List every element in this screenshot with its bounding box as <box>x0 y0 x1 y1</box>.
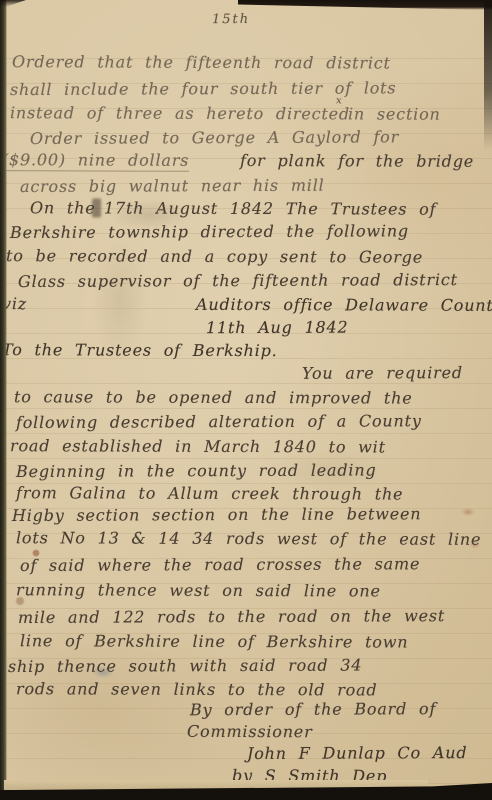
handwritten-text: to cause to be opened and improved the <box>14 387 413 407</box>
handwritten-text: You are required <box>302 363 463 383</box>
page-number: 15th <box>0 11 492 39</box>
manuscript-line: lots No 13 & 14 34 rods west of the east… <box>0 528 492 556</box>
handwritten-text: Higby section section on the line betwee… <box>12 504 421 525</box>
handwritten-text: running thence west on said line one <box>16 580 381 600</box>
handwritten-text: from Galina to Allum creek through the <box>16 483 403 503</box>
handwritten-text: Glass supervisor of the fifteenth road d… <box>18 270 458 291</box>
handwritten-text: mile and 122 rods to the road on the wes… <box>18 606 445 627</box>
margin-note-amount: ($9.00) nine dollarsfor plank for the br… <box>0 150 492 178</box>
manuscript-line: mile and 122 rods to the road on the wes… <box>0 606 492 634</box>
handwritten-text: road established in March 1840 to wit <box>10 436 386 456</box>
handwritten-text: lots No 13 & 14 34 rods west of the east… <box>16 528 481 549</box>
manuscript-line: shall include the four south tier of lot… <box>0 78 492 106</box>
handwritten-text: in section <box>348 104 441 123</box>
handwritten-text: ship thence south with said road 34 <box>8 655 362 676</box>
manuscript-line: following described alteration of a Coun… <box>0 411 492 439</box>
manuscript-line: of said where the road crosses the same <box>0 554 492 582</box>
handwritten-text: of said where the road crosses the same <box>20 554 420 575</box>
handwritten-text: Ordered that the fifteenth road district <box>12 52 391 72</box>
book-binding-left <box>0 0 7 800</box>
handwritten-text: Beginning in the county road leading <box>16 460 377 481</box>
manuscript-line: Berkshire township directed the followin… <box>0 221 492 249</box>
handwritten-text: 15th <box>212 12 250 27</box>
handwritten-text: Auditors office Delaware County <box>196 295 492 315</box>
handwritten-text: across big walnut near his mill <box>20 176 325 196</box>
handwritten-text: To the Trustees of Berkship. <box>2 340 278 360</box>
handwritten-text: ($9.00) nine dollars <box>2 150 189 172</box>
handwritten-text: 17th August 1842 The Trustees of <box>104 199 436 219</box>
handwritten-text: following described alteration of a Coun… <box>16 411 422 432</box>
page-edge-right <box>484 0 492 150</box>
handwritten-text: Commissioner <box>187 722 313 741</box>
handwritten-text: rods and seven links to the old road <box>16 679 378 699</box>
handwritten-text: Berkshire township directed the followin… <box>10 221 409 242</box>
handwritten-text: to be recorded and a copy sent to George <box>6 246 423 266</box>
handwritten-text: Order issued to George A Gaylord for <box>30 127 399 148</box>
manuscript-line: running thence west on said line one <box>0 580 492 608</box>
handwritten-text: By order of the Board of <box>190 699 436 719</box>
handwritten-text: instead of three as hereto directed <box>10 103 350 123</box>
manuscript-line: Ordered that the fifteenth road district <box>0 52 492 80</box>
handwritten-text: On the <box>30 198 96 217</box>
handwritten-text: line of Berkshire line of Berkshire town <box>20 631 408 651</box>
insertion-mark: x <box>336 95 342 106</box>
ink-smudge <box>92 198 101 217</box>
handwritten-text: John F Dunlap Co Aud <box>247 743 468 763</box>
handwritten-text: for plank for the bridge <box>240 151 474 171</box>
record-book-page: 15thOrdered that the fifteenth road dist… <box>0 0 492 800</box>
manuscript-lines: 15thOrdered that the fifteenth road dist… <box>0 0 492 800</box>
handwritten-text: 11th Aug 1842 <box>206 318 349 338</box>
